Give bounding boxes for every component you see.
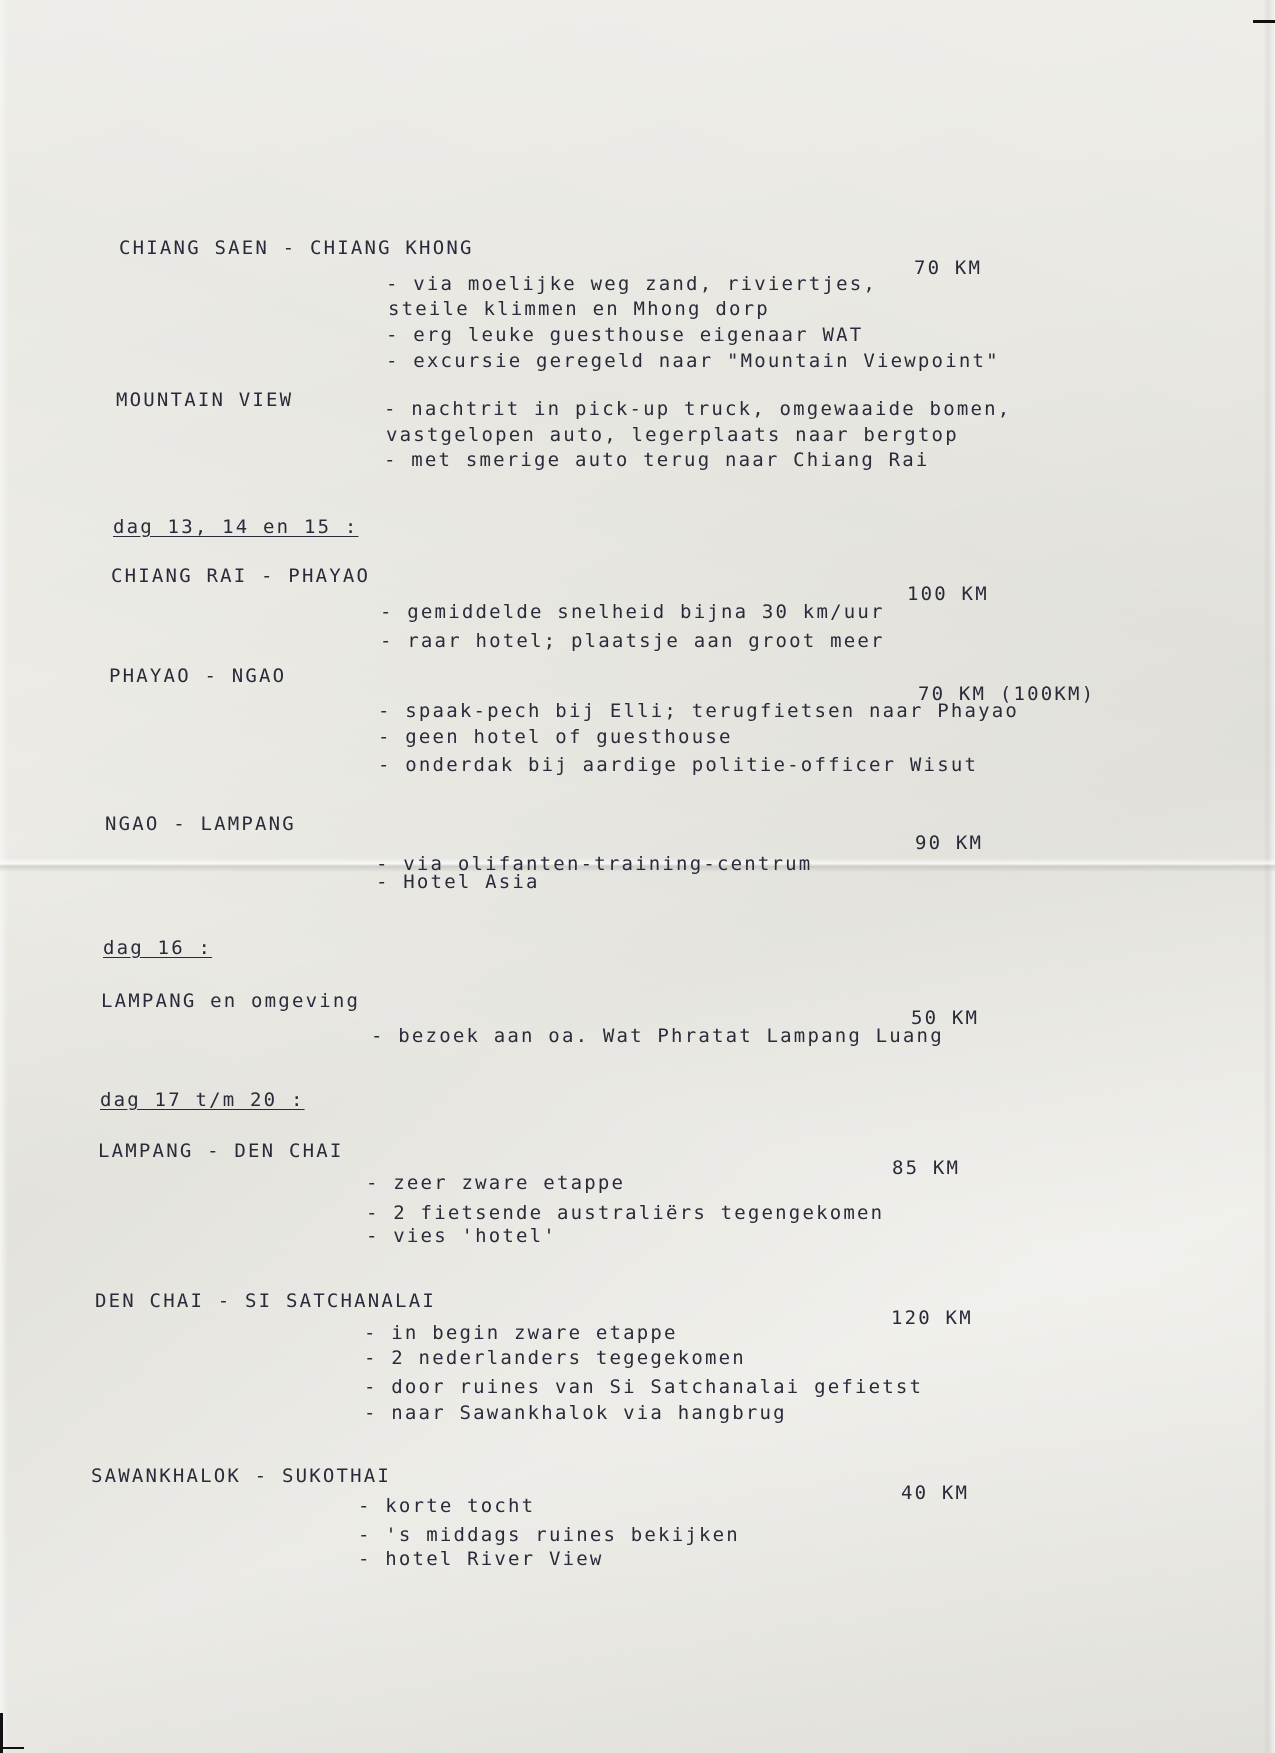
stage-note: steile klimmen en Mhong dorp [388, 298, 770, 320]
stage-route: DEN CHAI - SI SATCHANALAI [95, 1290, 436, 1312]
stage-route: CHIANG SAEN - CHIANG KHONG [119, 237, 474, 259]
paper-edge-left [0, 0, 8, 1753]
stage-route: CHIANG RAI - PHAYAO [111, 565, 370, 587]
stage-distance: 90 KM [915, 832, 983, 854]
day-heading: dag 13, 14 en 15 : [113, 516, 359, 538]
stage-route: LAMPANG en omgeving [101, 990, 360, 1012]
stage-note: - Hotel Asia [376, 871, 540, 893]
stage-distance: 100 KM [907, 583, 989, 605]
crop-mark-top-right [1253, 20, 1275, 23]
stage-note: - spaak-pech bij Elli; terugfietsen naar… [378, 700, 1019, 722]
stage-note: - 's middags ruines bekijken [358, 1524, 740, 1546]
day-heading: dag 16 : [103, 937, 212, 959]
stage-distance: 70 KM [914, 257, 982, 279]
stage-note: - excursie geregeld naar "Mountain Viewp… [386, 350, 1000, 372]
stage-note: - naar Sawankhalok via hangbrug [364, 1402, 787, 1424]
stage-note: - geen hotel of guesthouse [378, 726, 733, 748]
stage-distance: 120 KM [891, 1307, 973, 1329]
stage-note: - korte tocht [358, 1495, 535, 1517]
stage-note: - via moelijke weg zand, riviertjes, [386, 273, 877, 295]
stage-note: - met smerige auto terug naar Chiang Rai [384, 449, 930, 471]
stage-route: SAWANKHALOK - SUKOTHAI [91, 1465, 391, 1487]
scanned-page: CHIANG SAEN - CHIANG KHONG 70 KM - via m… [0, 0, 1275, 1753]
stage-note: - door ruines van Si Satchanalai gefiets… [364, 1376, 923, 1398]
stage-note: - nachtrit in pick-up truck, omgewaaide … [384, 398, 1011, 420]
stage-route: NGAO - LAMPANG [105, 813, 296, 835]
crop-mark-bottom-left-vertical [0, 1713, 3, 1753]
crop-mark-bottom-left [0, 1747, 24, 1749]
day-heading: dag 17 t/m 20 : [100, 1089, 305, 1111]
paper-edge-right [1263, 0, 1275, 1753]
stage-note: - onderdak bij aardige politie-officer W… [378, 754, 978, 776]
stage-note: - raar hotel; plaatsje aan groot meer [380, 630, 885, 652]
stage-note: vastgelopen auto, legerplaats naar bergt… [386, 424, 959, 446]
stage-route: MOUNTAIN VIEW [116, 389, 293, 411]
stage-note: - 2 nederlanders tegegekomen [364, 1347, 746, 1369]
stage-note: - bezoek aan oa. Wat Phratat Lampang Lua… [371, 1025, 944, 1047]
stage-note: - erg leuke guesthouse eigenaar WAT [386, 324, 863, 346]
stage-note: - in begin zware etappe [364, 1322, 678, 1344]
stage-distance: 40 KM [901, 1482, 969, 1504]
stage-note: - zeer zware etappe [366, 1172, 625, 1194]
stage-note: - hotel River View [358, 1548, 604, 1570]
stage-route: LAMPANG - DEN CHAI [98, 1140, 344, 1162]
stage-note: - 2 fietsende australiërs tegengekomen [366, 1202, 884, 1224]
stage-note: - vies 'hotel' [366, 1225, 557, 1247]
stage-note: - gemiddelde snelheid bijna 30 km/uur [380, 601, 885, 623]
stage-distance: 85 KM [892, 1157, 960, 1179]
stage-route: PHAYAO - NGAO [109, 665, 286, 687]
